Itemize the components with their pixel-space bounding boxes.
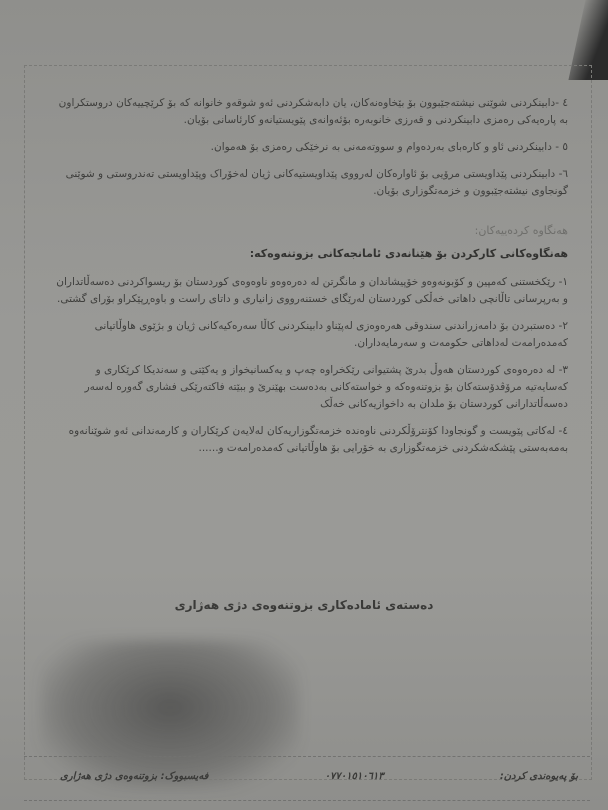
phone-number: ٠٧٧٠١٥١٠٦١٣ [325, 771, 384, 782]
footer: بۆ پەیوەندی کردن: ٠٧٧٠١٥١٠٦١٣ فەیسبووک: … [60, 766, 578, 786]
step-4: ٤- لەکاتی پێویست و گونجاودا کۆنترۆڵکردنی… [50, 423, 568, 457]
section-subheading: هەنگاوە کردەییەکان: [50, 222, 568, 239]
step-1: ١- رێکخستنی کەمپین و کۆبونەوەو خۆپیشاندا… [50, 274, 568, 308]
section-heading: هەنگاوەکانی کارکردن بۆ هێنانەدی ئامانجەک… [50, 245, 568, 262]
step-2: ٢- دەستبردن بۆ دامەزراندنی سندوقی هەرەوە… [50, 318, 568, 352]
contact-label: بۆ پەیوەندی کردن: [500, 771, 578, 782]
item-6: ٦- دابینکردنی پێداویستی مرۆیی بۆ ئاوارەک… [50, 166, 568, 200]
footer-divider-top [24, 756, 590, 757]
item-4: ٤ -دابینکردنی شوێنی نیشتەجێبوون بۆ بێخاو… [50, 95, 568, 129]
signature: دەستەی ئامادەکاری بزوتنەوەی دژی هەژاری [0, 598, 608, 612]
item-5: ٥ - دابینکردنی ئاو و کارەبای بەردەوام و … [50, 139, 568, 156]
step-3: ٣- لە دەرەوەی کوردستان هەوڵ بدرێ پشتیوان… [50, 362, 568, 413]
document-body: ٤ -دابینکردنی شوێنی نیشتەجێبوون بۆ بێخاو… [50, 95, 568, 467]
footer-divider-bottom [24, 800, 590, 801]
facebook-page: فەیسبووک: بزوتنەوەی دژی هەژاری [60, 771, 208, 782]
